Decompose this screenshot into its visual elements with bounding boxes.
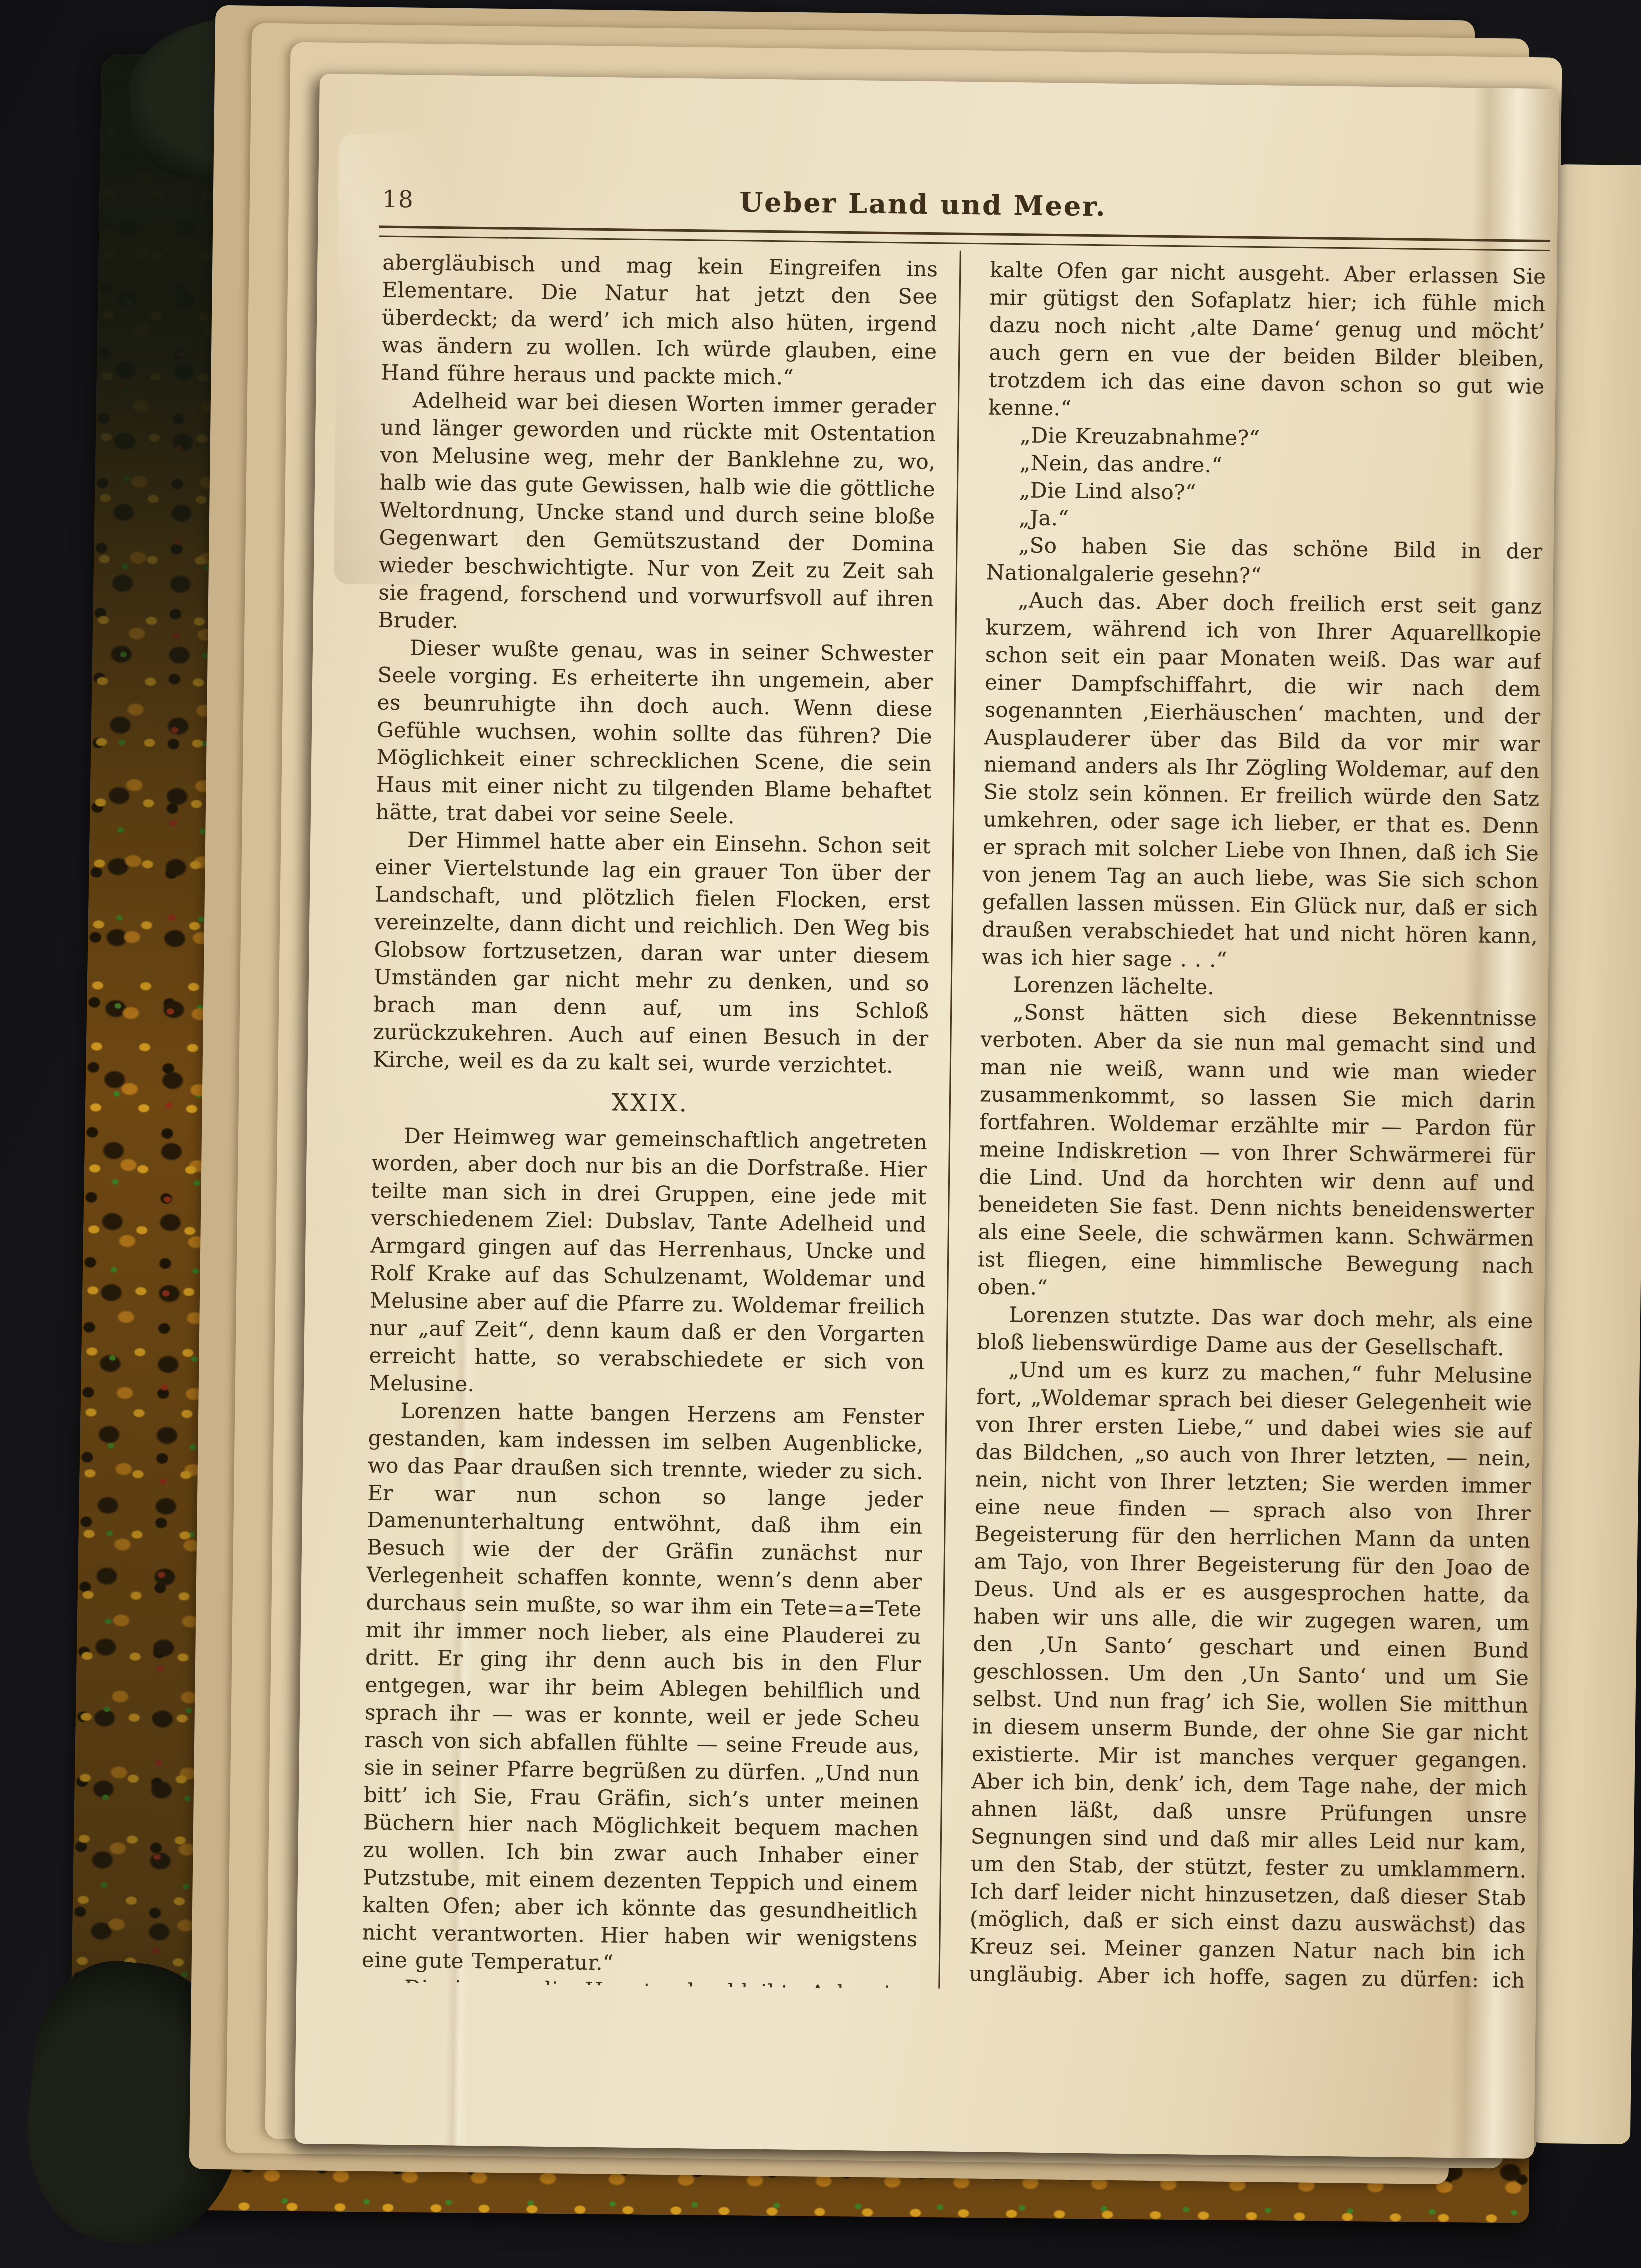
book-page: 18 Ueber Land und Meer. abergläubisch un…	[294, 74, 1559, 2159]
paragraph: Adelheid war bei diesen Worten immer ger…	[378, 386, 936, 641]
column-divider-rule	[938, 251, 961, 1989]
paragraph: Der Heimweg war gemeinschaftlich angetre…	[369, 1121, 928, 1403]
paragraph: „Auch das. Aber doch freilich erst seit …	[981, 586, 1542, 977]
text-column-right: kalte Ofen gar nicht ausgeht. Aber erlas…	[969, 256, 1546, 1996]
paragraph: Dieser wußte genau, was in seiner Schwes…	[376, 634, 934, 833]
paragraph: „So haben Sie das schöne Bild in der Nat…	[986, 531, 1543, 593]
paragraph: „Sonst hätten sich diese Bekenntnisse ve…	[977, 998, 1537, 1307]
paragraph: abergläubisch und mag kein Eingreifen in…	[381, 249, 938, 393]
text-column-left: abergläubisch und mag kein Eingreifen in…	[361, 249, 938, 1989]
paragraph: „Und um es kurz zu machen,“ fuhr Melusin…	[969, 1355, 1532, 1996]
paragraph: Lorenzen hatte bangen Herzens am Fenster…	[362, 1396, 924, 1980]
chapter-heading: XXIX.	[372, 1086, 928, 1120]
header-double-rule	[379, 225, 1550, 251]
book-photo-scene: 18 Ueber Land und Meer. abergläubisch un…	[0, 0, 1641, 2268]
paragraph: Der Himmel hatte aber ein Einsehn. Schon…	[373, 825, 931, 1080]
paragraph: kalte Ofen gar nicht ausgeht. Aber erlas…	[988, 256, 1546, 428]
paragraph: Lorenzen stutzte. Das war doch mehr, als…	[977, 1300, 1533, 1362]
